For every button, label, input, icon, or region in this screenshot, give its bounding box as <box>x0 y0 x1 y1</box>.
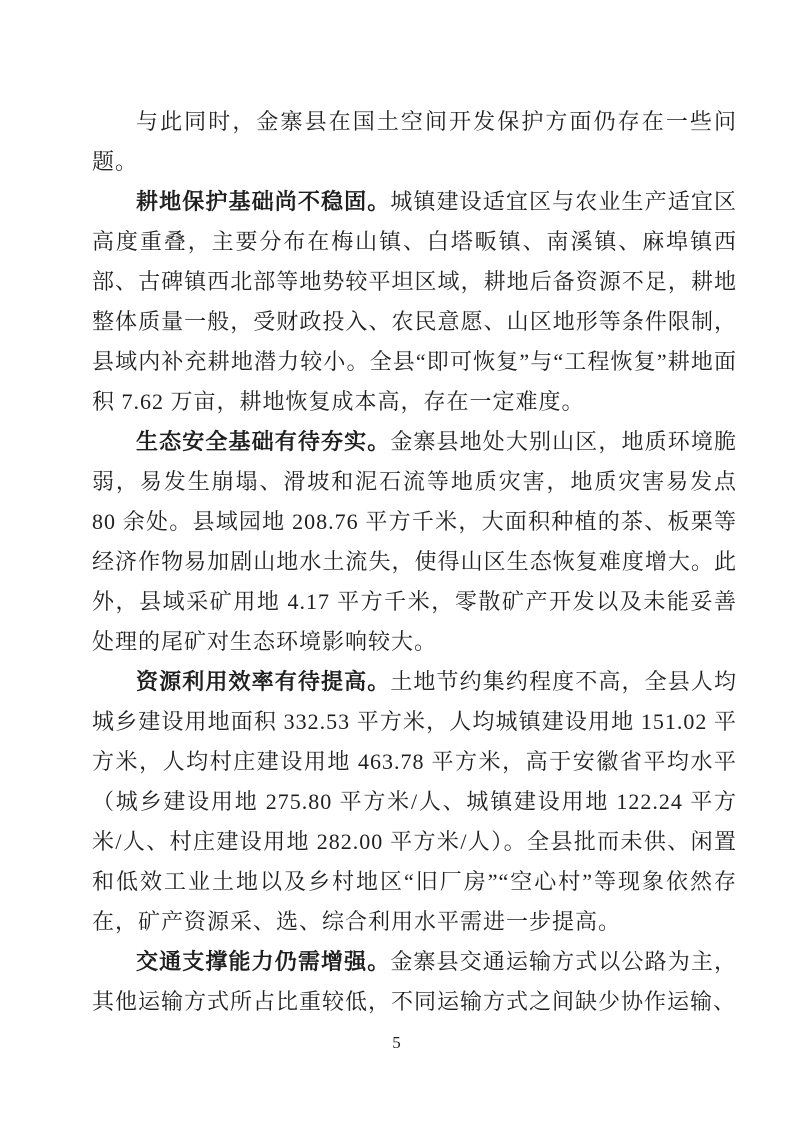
paragraph-text: 城镇建设适宜区与农业生产适宜区高度重叠，主要分布在梅山镇、白塔畈镇、南溪镇、麻埠… <box>92 189 737 414</box>
paragraph: 耕地保护基础尚不稳固。城镇建设适宜区与农业生产适宜区高度重叠，主要分布在梅山镇、… <box>92 182 737 422</box>
paragraph: 交通支撑能力仍需增强。金寨县交通运输方式以公路为主，其他运输方式所占比重较低，不… <box>92 942 737 1022</box>
paragraph-lead: 生态安全基础有待夯实。 <box>136 429 390 454</box>
page-number: 5 <box>0 1032 793 1054</box>
document-page: 与此同时，金寨县在国土空间开发保护方面仍存在一些问题。 耕地保护基础尚不稳固。城… <box>0 0 793 1122</box>
document-body: 与此同时，金寨县在国土空间开发保护方面仍存在一些问题。 耕地保护基础尚不稳固。城… <box>92 102 737 1022</box>
paragraph-lead: 交通支撑能力仍需增强。 <box>136 949 390 974</box>
paragraph: 资源利用效率有待提高。土地节约集约程度不高，全县人均城乡建设用地面积 332.5… <box>92 662 737 942</box>
paragraph-lead: 耕地保护基础尚不稳固。 <box>136 189 390 214</box>
paragraph-text: 与此同时，金寨县在国土空间开发保护方面仍存在一些问题。 <box>92 109 737 174</box>
paragraph-text: 土地节约集约程度不高，全县人均城乡建设用地面积 332.53 平方米，人均城镇建… <box>92 669 737 934</box>
paragraph-lead: 资源利用效率有待提高。 <box>136 669 390 694</box>
paragraph: 与此同时，金寨县在国土空间开发保护方面仍存在一些问题。 <box>92 102 737 182</box>
paragraph-text: 金寨县地处大别山区，地质环境脆弱，易发生崩塌、滑坡和泥石流等地质灾害，地质灾害易… <box>92 429 737 654</box>
paragraph: 生态安全基础有待夯实。金寨县地处大别山区，地质环境脆弱，易发生崩塌、滑坡和泥石流… <box>92 422 737 662</box>
